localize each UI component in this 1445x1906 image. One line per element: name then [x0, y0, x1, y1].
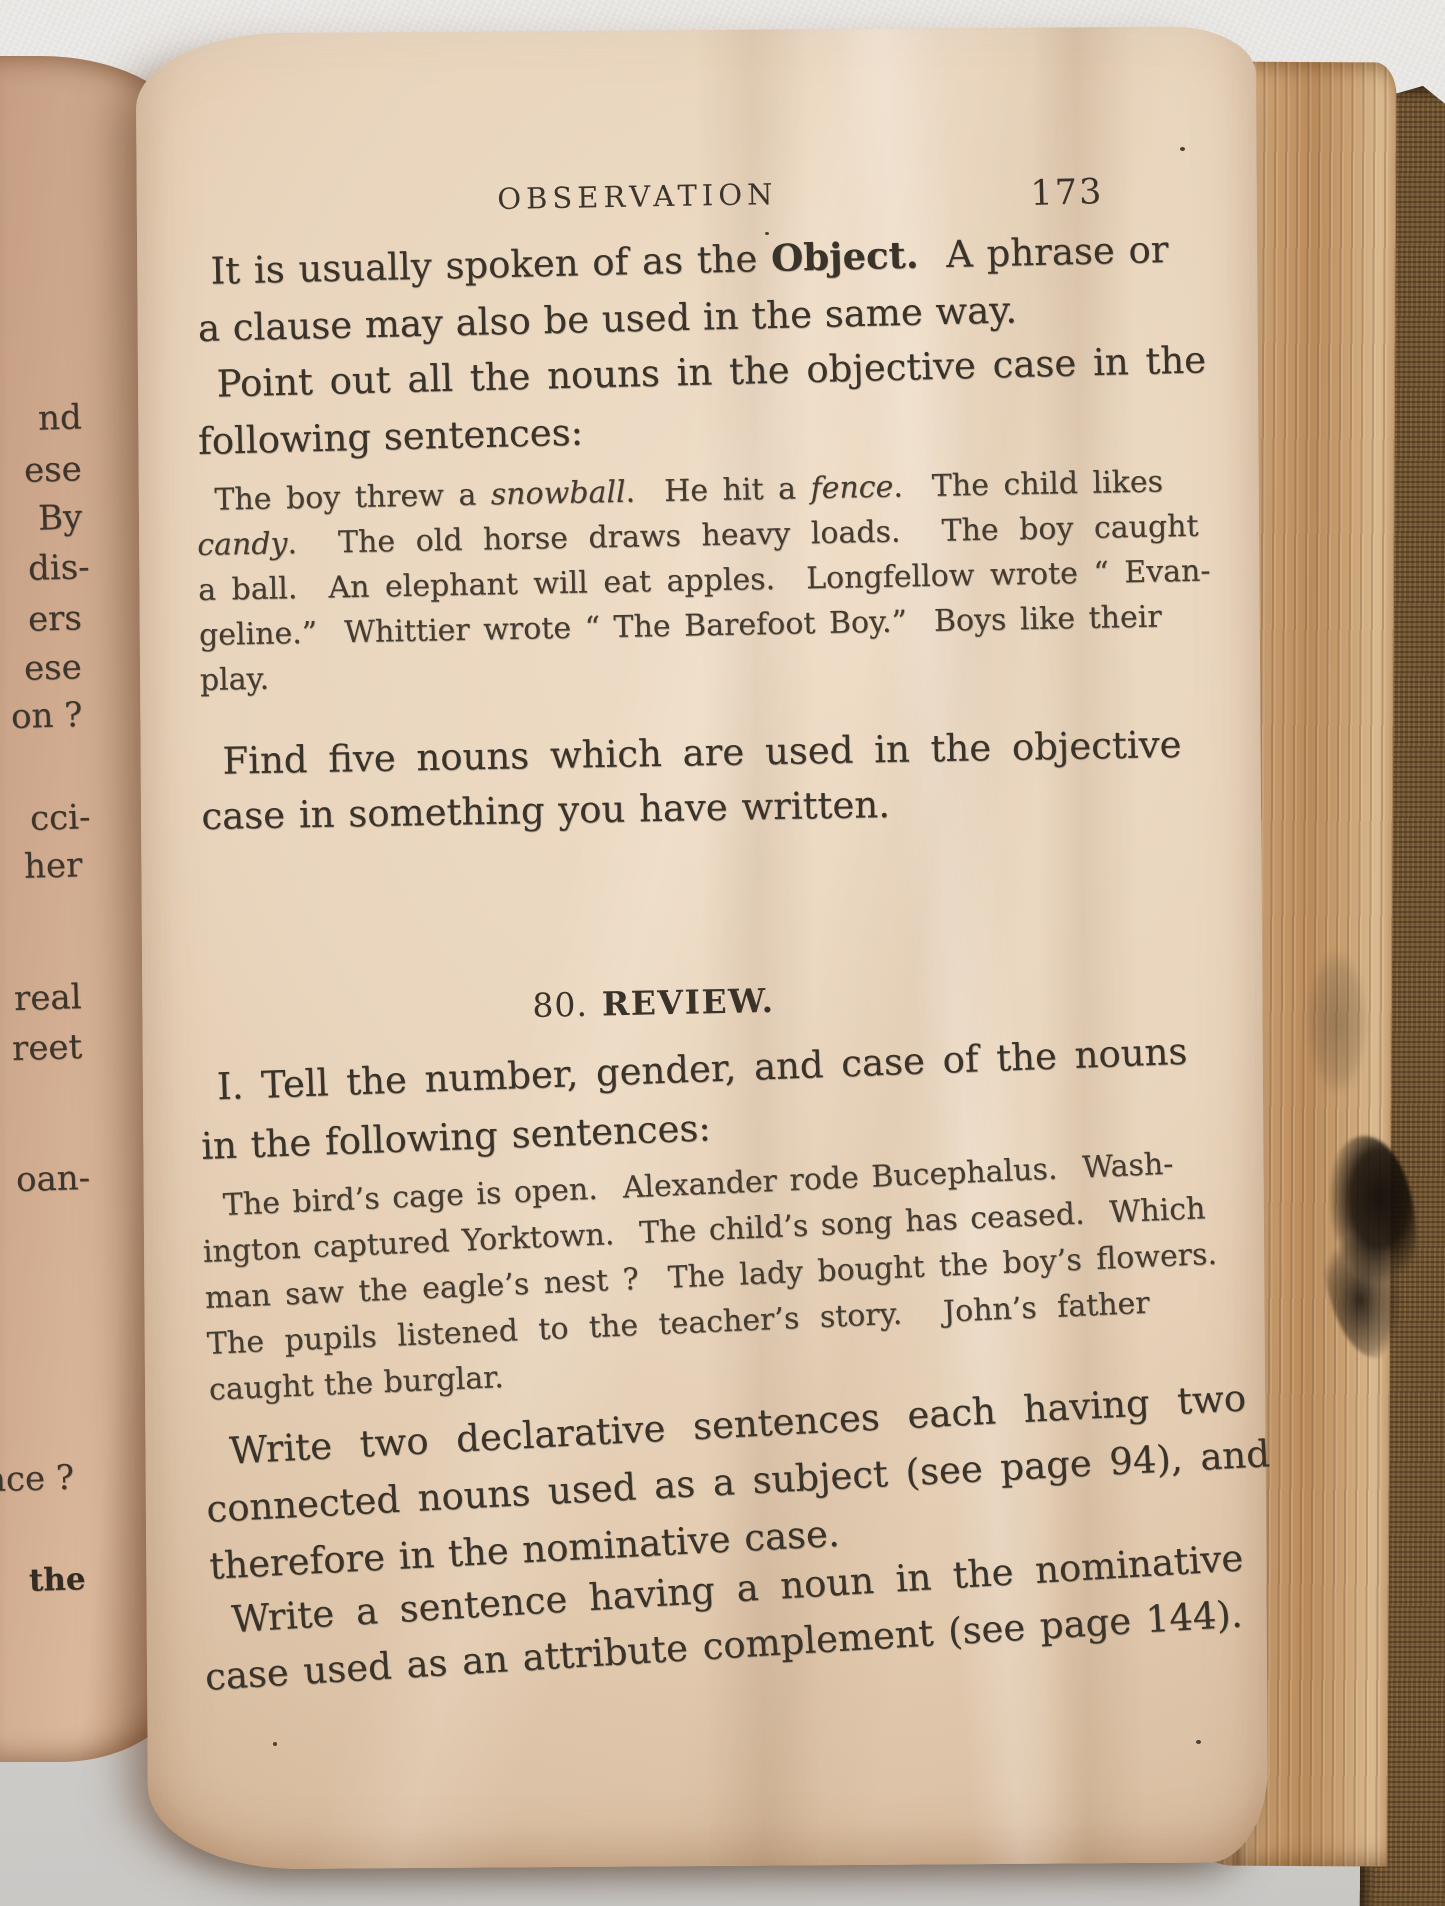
text-segment: It is usually spoken of as the [210, 237, 771, 293]
paper-speck [1196, 1740, 1201, 1744]
text-segment-bold: Object. [771, 233, 919, 280]
text-segment: . The child likes [893, 464, 1163, 504]
text-segment-italic: candy [197, 526, 288, 563]
printed-text-layer: OBSERVATION 173 It is usually spoken of … [0, 0, 1445, 1906]
paper-speck [273, 1742, 277, 1746]
exercise-sentences-2: The bird’s cage is open. Alexander rode … [200, 1140, 1222, 1414]
text-segment: The boy threw a [214, 477, 491, 517]
text-segment-italic: snowball [491, 475, 626, 513]
paragraph-find-nouns: Find five nouns which are used in the ob… [200, 717, 1183, 844]
text-segment-italic: fence [810, 470, 893, 507]
exercise-sentences-1: The boy threw a snowball. He hit a fence… [196, 459, 1213, 703]
paper-speck [765, 232, 769, 235]
book-page-photo: nd ese By dis- ers ese on ? cci- her rea… [0, 0, 1445, 1906]
text-segment: . He hit a [625, 471, 811, 510]
page-number: 173 [1030, 172, 1104, 214]
section-heading-review: 80.REVIEW. [532, 981, 775, 1025]
text-segment: A phrase or [918, 228, 1169, 277]
section-title: REVIEW. [601, 981, 774, 1024]
paragraph-point-out: Point out all the nouns in the objective… [196, 331, 1208, 470]
paper-speck [1180, 147, 1185, 151]
running-head: OBSERVATION [497, 177, 778, 216]
section-number: 80. [532, 985, 588, 1025]
